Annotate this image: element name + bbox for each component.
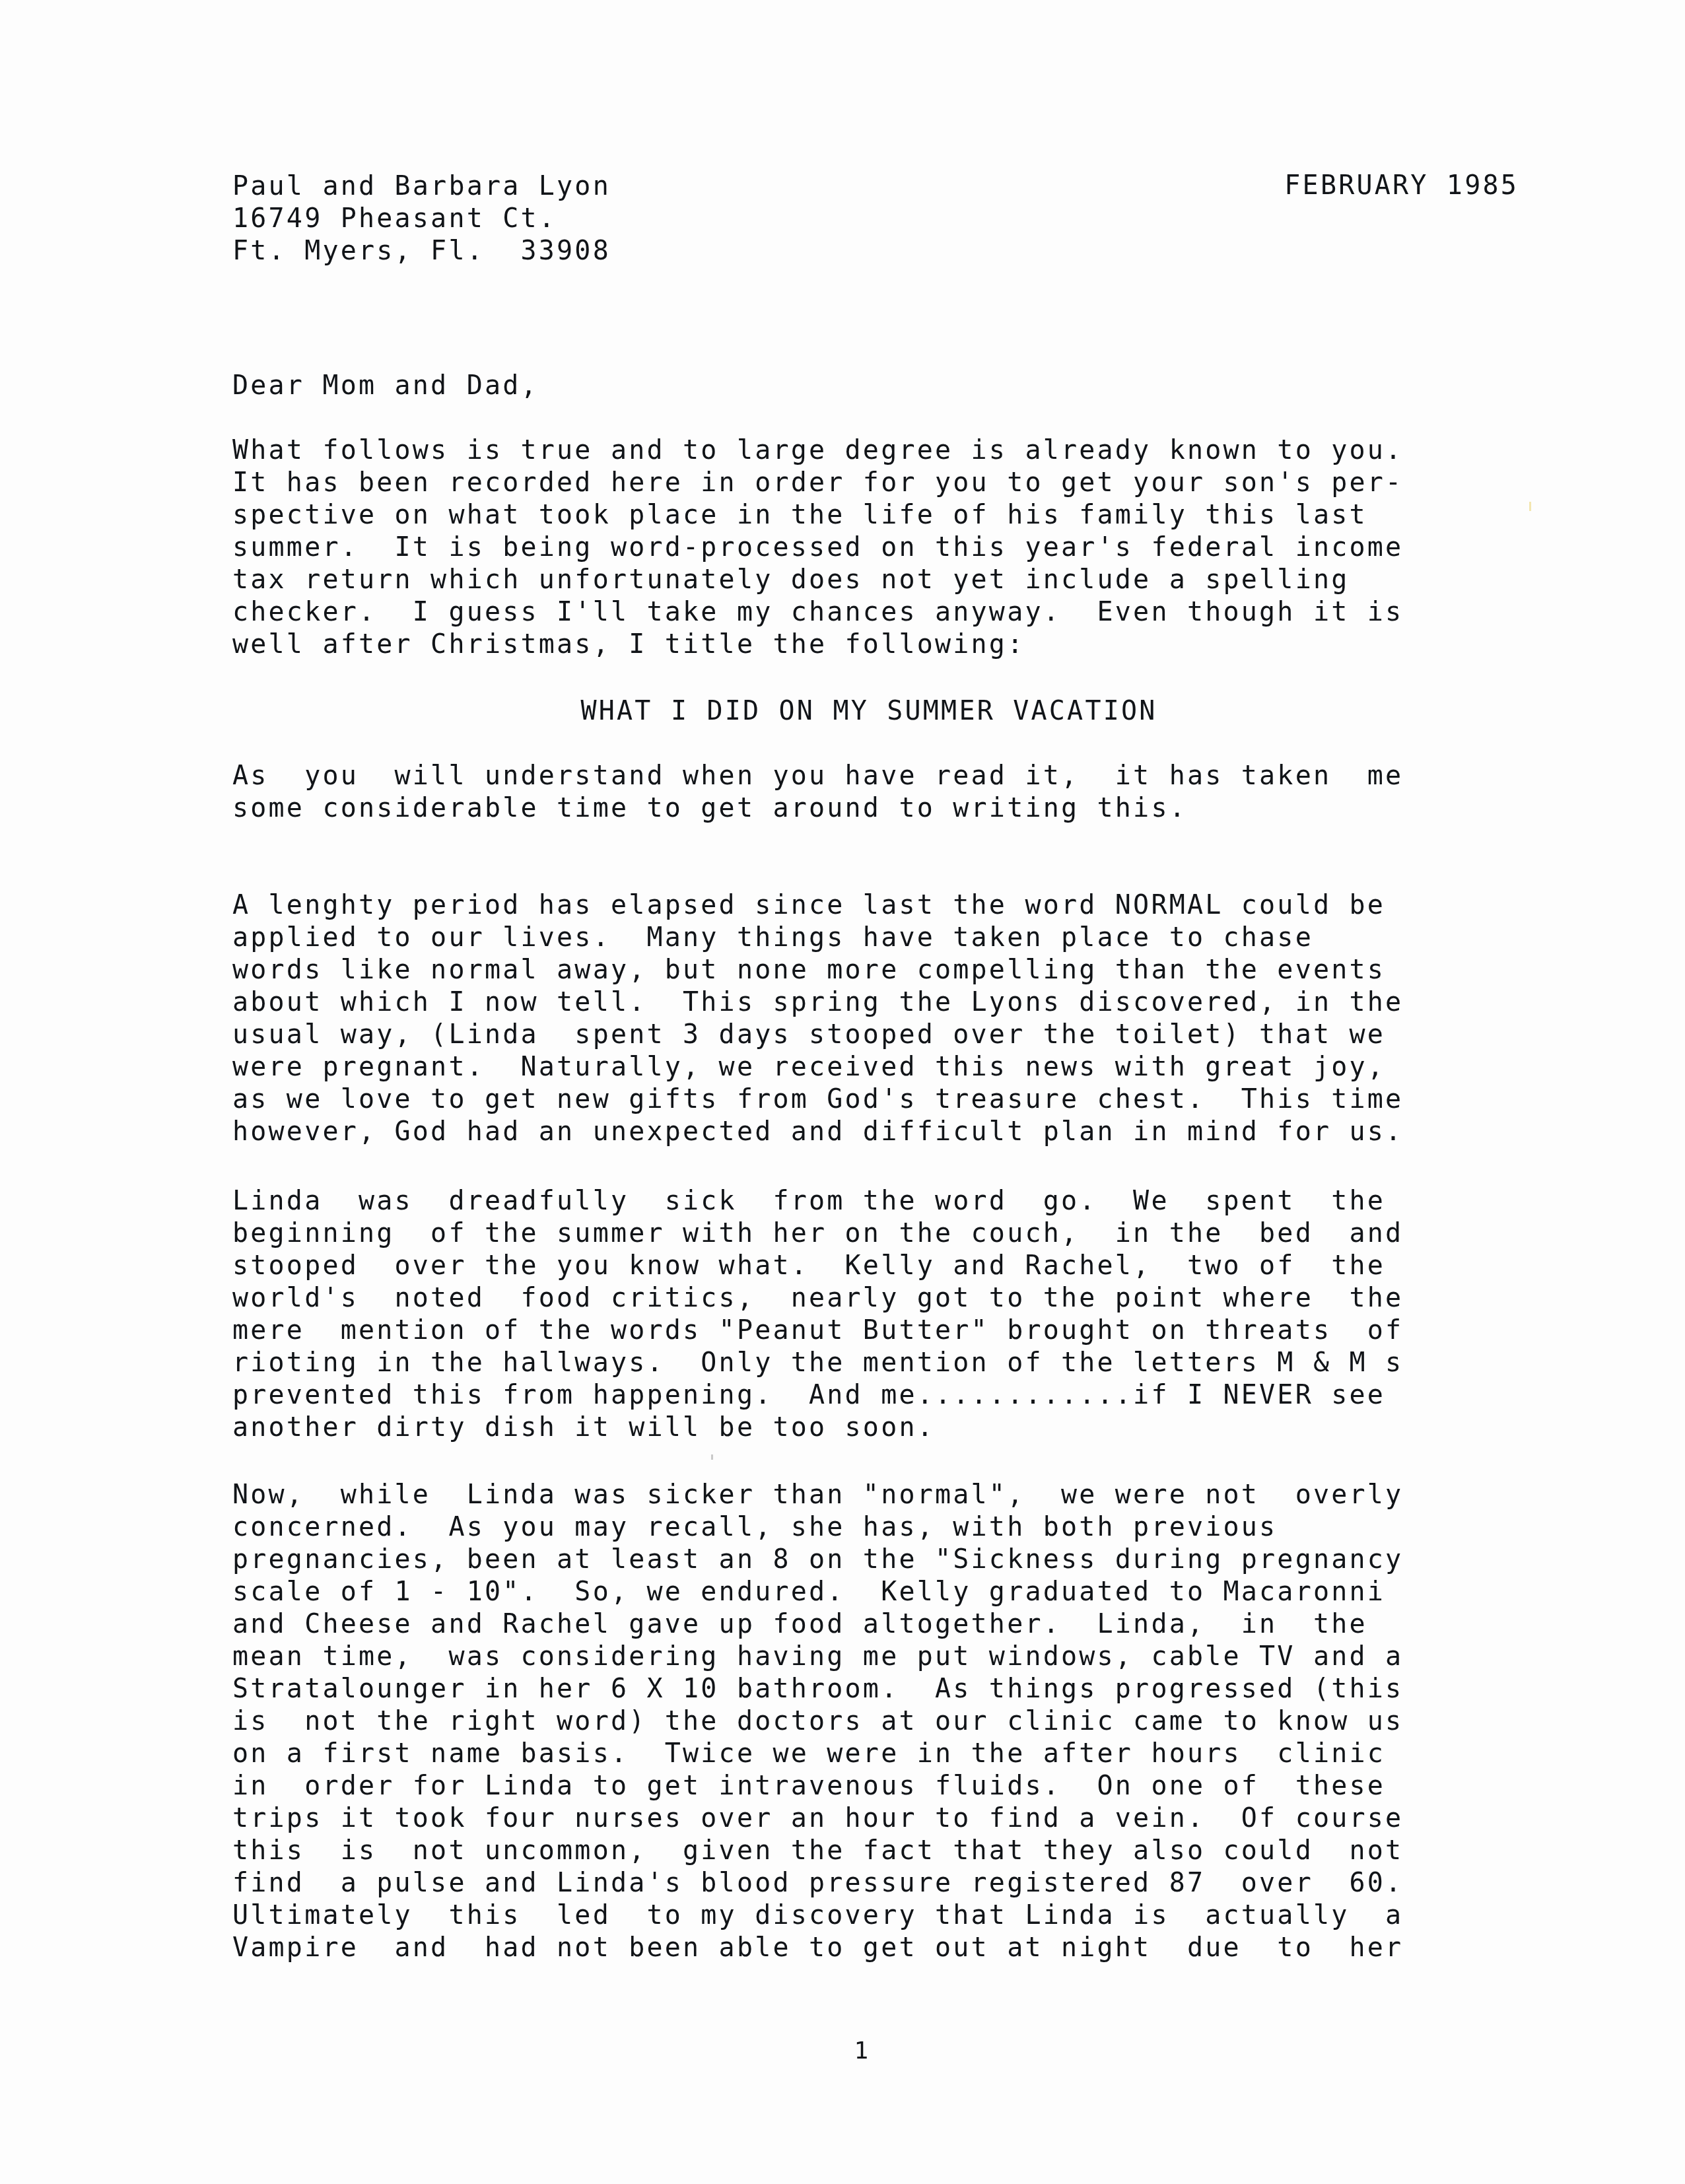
text-line: trips it took four nurses over an hour t… bbox=[232, 1802, 1403, 1835]
text-line: another dirty dish it will be too soon. bbox=[232, 1412, 935, 1444]
text-line: pregnancies, been at least an 8 on the "… bbox=[232, 1544, 1403, 1576]
text-line: rioting in the hallways. Only the mentio… bbox=[232, 1347, 1403, 1379]
text-line: is not the right word) the doctors at ou… bbox=[232, 1705, 1403, 1738]
text-line: as we love to get new gifts from God's t… bbox=[232, 1083, 1403, 1116]
scan-speck bbox=[1529, 502, 1531, 511]
letter-date: FEBRUARY 1985 bbox=[1284, 170, 1519, 201]
text-line: concerned. As you may recall, she has, w… bbox=[232, 1511, 1277, 1544]
text-line: Stratalounger in her 6 X 10 bathroom. As… bbox=[232, 1673, 1403, 1705]
text-line: words like normal away, but none more co… bbox=[232, 954, 1385, 986]
text-line: Linda was dreadfully sick from the word … bbox=[232, 1185, 1385, 1217]
text-line: applied to our lives. Many things have t… bbox=[232, 922, 1313, 954]
text-line: in order for Linda to get intravenous fl… bbox=[232, 1770, 1385, 1802]
text-line: Now, while Linda was sicker than "normal… bbox=[232, 1479, 1403, 1511]
text-line: were pregnant. Naturally, we received th… bbox=[232, 1051, 1385, 1083]
text-line: and Cheese and Rachel gave up food altog… bbox=[232, 1608, 1367, 1641]
text-line: What follows is true and to large degree… bbox=[232, 434, 1403, 467]
text-line: A lenghty period has elapsed since last … bbox=[232, 889, 1385, 922]
text-line: prevented this from happening. And me...… bbox=[232, 1379, 1385, 1412]
text-line: stooped over the you know what. Kelly an… bbox=[232, 1250, 1385, 1282]
text-line: usual way, (Linda spent 3 days stooped o… bbox=[232, 1019, 1385, 1051]
text-line: some considerable time to get around to … bbox=[232, 792, 1187, 825]
salutation: Dear Mom and Dad, bbox=[232, 370, 539, 402]
sender-name: Paul and Barbara Lyon bbox=[232, 170, 611, 203]
document-title: WHAT I DID ON MY SUMMER VACATION bbox=[0, 695, 1685, 728]
page-number: 1 bbox=[0, 2037, 1685, 2065]
text-line: about which I now tell. This spring the … bbox=[232, 986, 1403, 1019]
sender-street: 16749 Pheasant Ct. bbox=[232, 203, 557, 235]
text-line: checker. I guess I'll take my chances an… bbox=[232, 596, 1403, 629]
text-line: world's noted food critics, nearly got t… bbox=[232, 1282, 1403, 1314]
text-line: mere mention of the words "Peanut Butter… bbox=[232, 1314, 1403, 1347]
letter-page: Paul and Barbara Lyon 16749 Pheasant Ct.… bbox=[0, 0, 1685, 2184]
text-line: Ultimately this led to my discovery that… bbox=[232, 1899, 1403, 1932]
text-line: beginning of the summer with her on the … bbox=[232, 1217, 1403, 1250]
text-line: find a pulse and Linda's blood pressure … bbox=[232, 1867, 1403, 1899]
text-line: It has been recorded here in order for y… bbox=[232, 467, 1403, 499]
text-line: tax return which unfortunately does not … bbox=[232, 564, 1350, 596]
text-line: spective on what took place in the life … bbox=[232, 499, 1367, 531]
text-line: As you will understand when you have rea… bbox=[232, 760, 1403, 792]
text-line: however, God had an unexpected and diffi… bbox=[232, 1116, 1403, 1148]
sender-city: Ft. Myers, Fl. 33908 bbox=[232, 235, 611, 267]
text-line: summer. It is being word-processed on th… bbox=[232, 531, 1403, 564]
text-line: mean time, was considering having me put… bbox=[232, 1641, 1403, 1673]
scan-speck bbox=[711, 1454, 713, 1460]
text-line: well after Christmas, I title the follow… bbox=[232, 629, 1025, 661]
text-line: Vampire and had not been able to get out… bbox=[232, 1932, 1403, 1964]
text-line: on a first name basis. Twice we were in … bbox=[232, 1738, 1385, 1770]
text-line: this is not uncommon, given the fact tha… bbox=[232, 1835, 1403, 1867]
text-line: scale of 1 - 10". So, we endured. Kelly … bbox=[232, 1576, 1385, 1608]
